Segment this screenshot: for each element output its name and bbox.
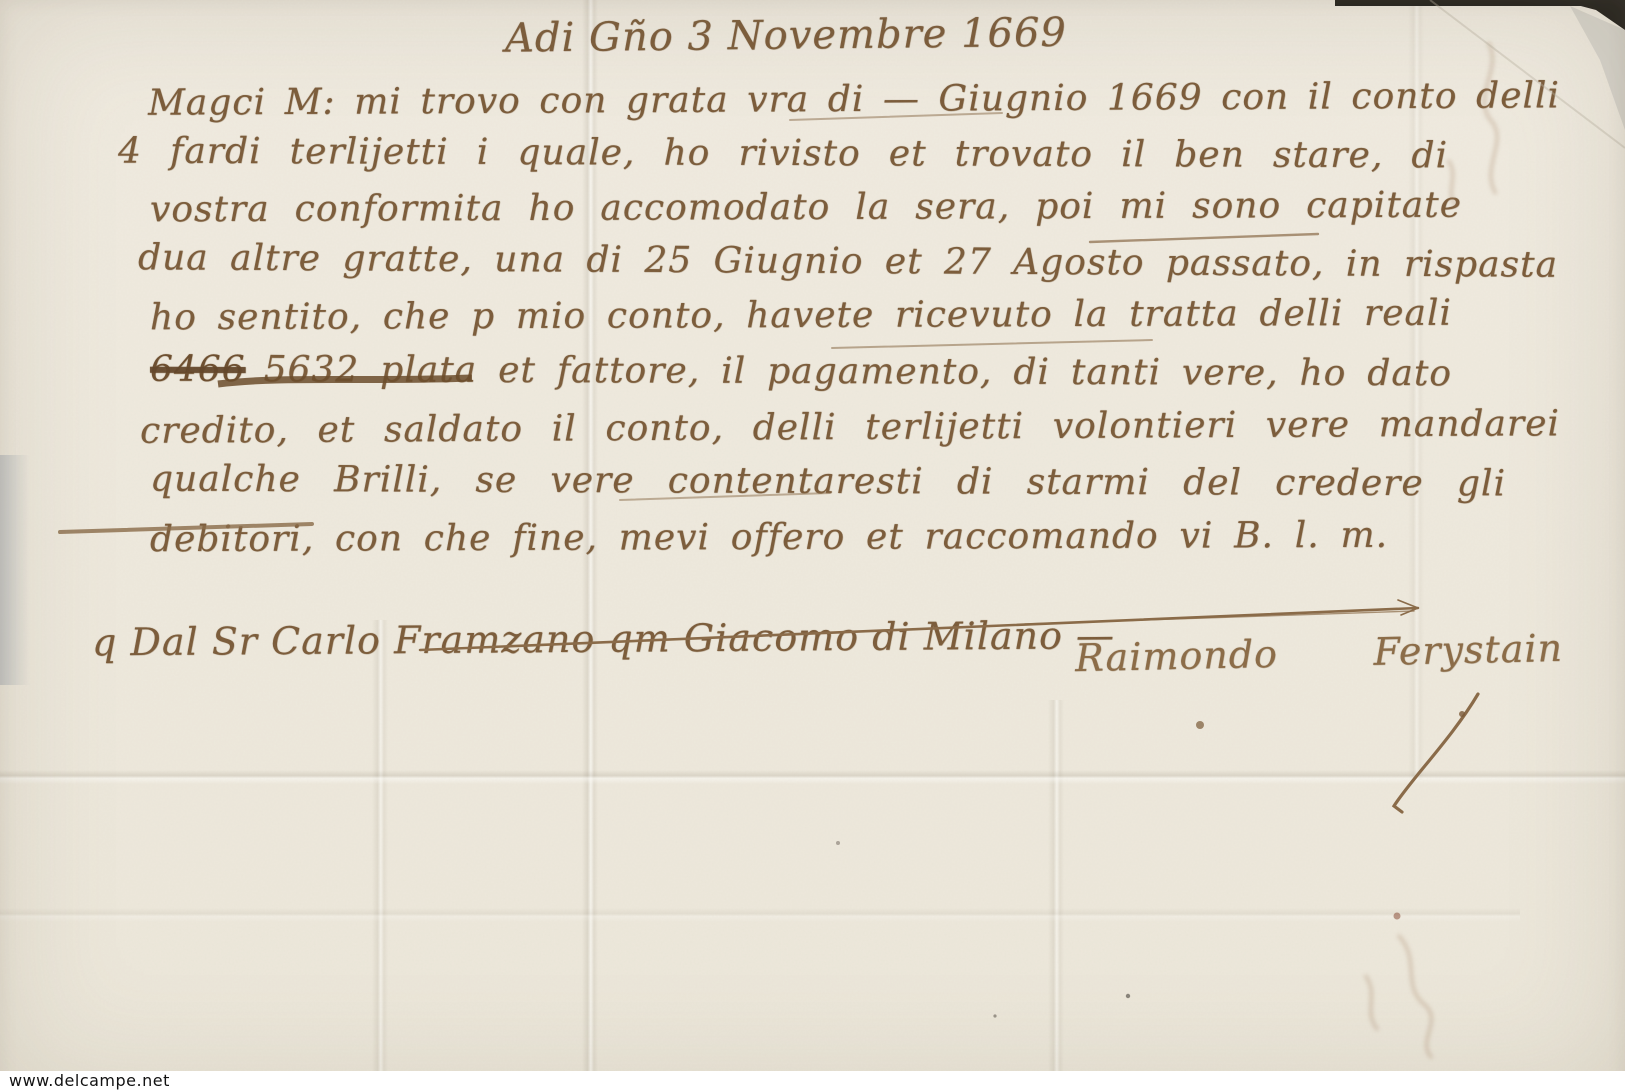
manuscript-line: credito, et saldato il conto, delli terl… <box>140 406 1560 449</box>
manuscript-line-text: 5632 plata et fattore, il pagamento, di … <box>264 349 1453 394</box>
watermark-bar: www.delcampe.net <box>0 1071 1625 1091</box>
ink-speck <box>836 841 840 845</box>
watermark-text: www.delcampe.net <box>9 1071 170 1091</box>
ink-speck <box>1394 913 1401 920</box>
fold-crease-vertical <box>1048 700 1064 1091</box>
closing-line: q Dal Sr Carlo Framzano qm Giacomo di Mi… <box>92 617 1052 662</box>
manuscript-line: qualche Brilli, se vere contentaresti di… <box>150 462 1506 503</box>
ink-speck <box>993 1014 996 1017</box>
manuscript-letter-scan: Adi Gño 3 Novembre 1669 Magci M: mi trov… <box>0 0 1625 1091</box>
scan-edge-top <box>1335 0 1625 148</box>
manuscript-line: 4 fardi terlijetti i quale, ho rivisto e… <box>118 134 1448 175</box>
fold-crease-horizontal <box>0 770 1625 784</box>
manuscript-line: ho sentito, che p mio conto, havete rice… <box>150 296 1452 337</box>
ink-dot <box>1459 711 1465 717</box>
ink-speck <box>1126 994 1130 998</box>
manuscript-line: Magci M: mi trovo con grata vra di — Giu… <box>148 78 1560 121</box>
manuscript-line: dua altre gratte, una di 25 Giugnio et 2… <box>138 240 1558 283</box>
signature-flourish-diagonal <box>1394 694 1478 812</box>
struck-amount: 6466 <box>150 349 246 390</box>
ink-dot <box>1196 721 1204 729</box>
fold-crease-horizontal <box>0 908 1520 922</box>
date-line: Adi Gño 3 Novembre 1669 <box>505 13 1005 58</box>
signature: Raimondo Ferystain <box>1075 629 1564 677</box>
fold-crease-vertical <box>372 620 388 1091</box>
manuscript-line: debitori, con che fine, mevi offero et r… <box>150 518 1388 558</box>
scan-edge-shadow <box>0 455 30 685</box>
manuscript-line: 64665632 plata et fattore, il pagamento,… <box>150 352 1452 393</box>
manuscript-line: vostra conformita ho accomodato la sera,… <box>150 188 1462 229</box>
